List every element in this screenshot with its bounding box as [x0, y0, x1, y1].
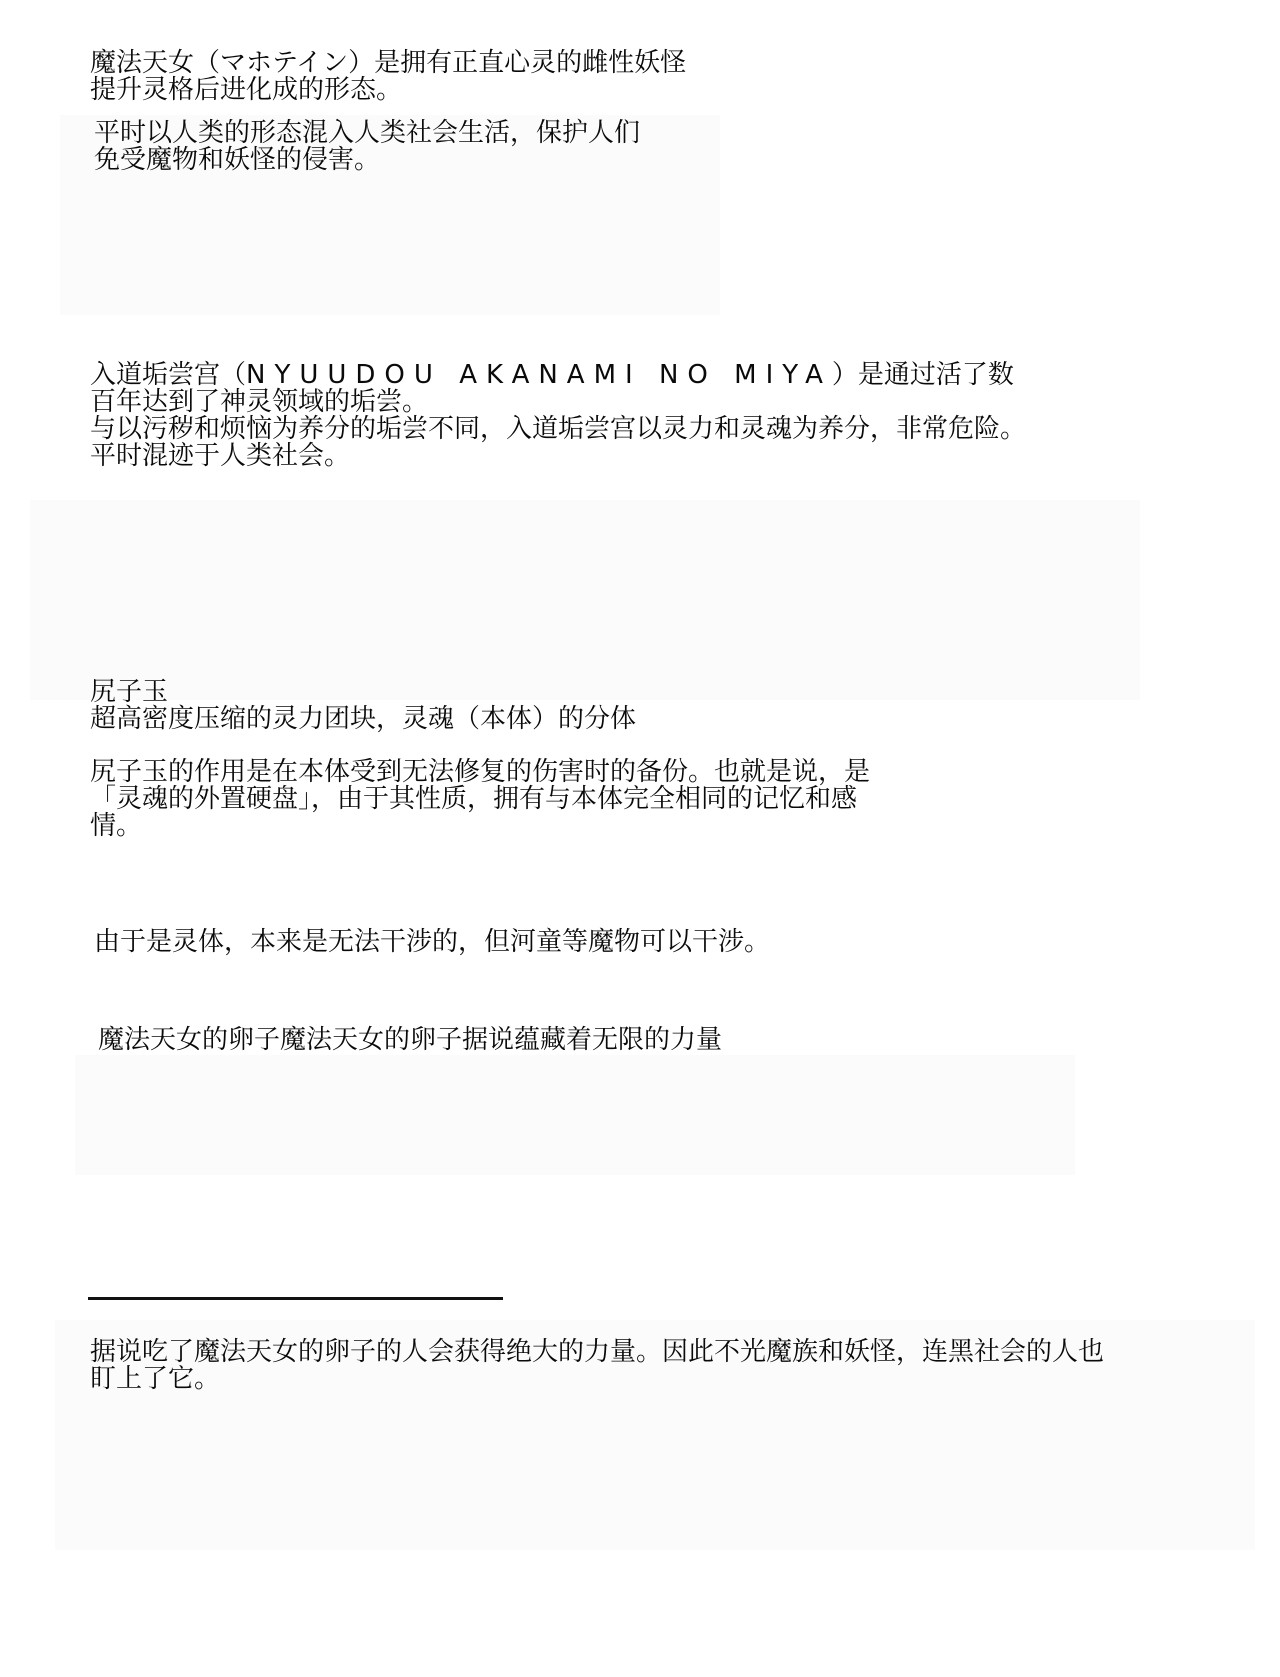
shirikodama-heading-paragraph: 尻子玉 超高密度压缩的灵力团块，灵魂（本体）的分体 — [90, 679, 636, 733]
text-line: 尻子玉的作用是在本体受到无法修复的伤害时的备份。也就是说，是 — [90, 759, 870, 786]
text-line: 盯上了它。 — [90, 1366, 1104, 1393]
background-patch — [75, 1055, 1075, 1175]
title-cjk-prefix: 入道垢尝宫（ — [90, 360, 246, 390]
text-line: 据说吃了魔法天女的卵子的人会获得绝大的力量。因此不光魔族和妖怪，连黑社会的人也 — [90, 1339, 1104, 1366]
shirikodama-interference-paragraph: 由于是灵体，本来是无法干涉的，但河童等魔物可以干涉。 — [94, 929, 770, 956]
text-line: 平时混迹于人类社会。 — [90, 443, 1026, 470]
mahotein-role-paragraph: 平时以人类的形态混入人类社会生活，保护人们 免受魔物和妖怪的侵害。 — [94, 120, 640, 174]
nyuudou-paragraph: 入道垢尝宫（NYUUDOU AKANAMI NO MIYA）是通过活了数 百年达… — [90, 362, 1026, 470]
romanized-name: NYUUDOU AKANAMI NO MIYA — [246, 360, 832, 390]
text-line: 魔法天女的卵子魔法天女的卵子据说蕴藏着无限的力量 — [98, 1027, 722, 1054]
text-line: 由于是灵体，本来是无法干涉的，但河童等魔物可以干涉。 — [94, 929, 770, 956]
text-line: 超高密度压缩的灵力团块，灵魂（本体）的分体 — [90, 706, 636, 733]
text-line: 情。 — [90, 813, 870, 840]
section-title: 尻子玉 — [90, 679, 636, 706]
egg-footnote-paragraph: 据说吃了魔法天女的卵子的人会获得绝大的力量。因此不光魔族和妖怪，连黑社会的人也 … — [90, 1339, 1104, 1393]
text-line: 百年达到了神灵领域的垢尝。 — [90, 389, 1026, 416]
mahotein-intro-paragraph: 魔法天女（マホテイン）是拥有正直心灵的雌性妖怪 提升灵格后进化成的形态。 — [90, 50, 686, 104]
title-cjk-suffix: ）是通过活了数 — [832, 360, 1014, 390]
text-line: 提升灵格后进化成的形态。 — [90, 77, 686, 104]
shirikodama-function-paragraph: 尻子玉的作用是在本体受到无法修复的伤害时的备份。也就是说，是 「灵魂的外置硬盘」… — [90, 759, 870, 840]
text-line: 免受魔物和妖怪的侵害。 — [94, 147, 640, 174]
text-line: 「灵魂的外置硬盘」，由于其性质，拥有与本体完全相同的记忆和感 — [90, 786, 870, 813]
text-line: 魔法天女（マホテイン）是拥有正直心灵的雌性妖怪 — [90, 50, 686, 77]
egg-paragraph: 魔法天女的卵子魔法天女的卵子据说蕴藏着无限的力量 — [98, 1027, 722, 1054]
text-line: 平时以人类的形态混入人类社会生活，保护人们 — [94, 120, 640, 147]
background-patch — [30, 500, 1140, 700]
text-line-with-romanization: 入道垢尝宫（NYUUDOU AKANAMI NO MIYA）是通过活了数 — [90, 362, 1026, 389]
footnote-divider — [88, 1297, 503, 1300]
text-line: 与以污秽和烦恼为养分的垢尝不同，入道垢尝宫以灵力和灵魂为养分，非常危险。 — [90, 416, 1026, 443]
